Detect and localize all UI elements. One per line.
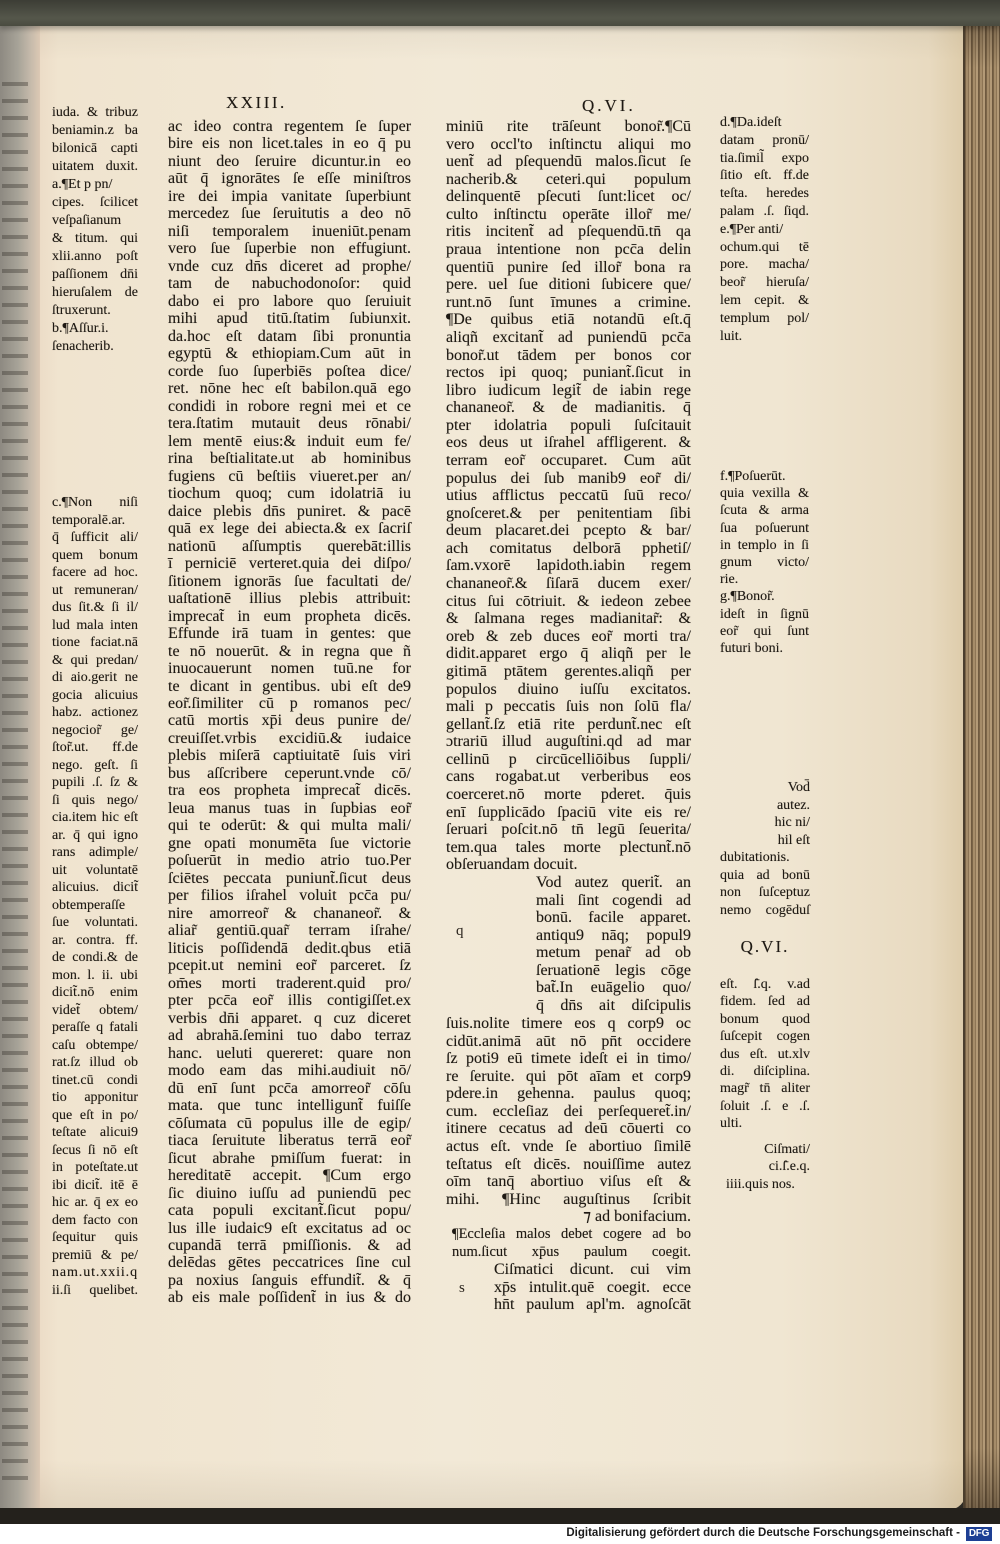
line-text: cidūt.animā aūt nō pn̄t occidere (446, 1033, 691, 1050)
line-text: ſequitur quis (52, 1230, 138, 1245)
text-line: ſue voluntati. (52, 914, 138, 932)
line-text: obſeruandam docuit. (446, 856, 578, 873)
line-text: ut remuneran/ (52, 583, 138, 598)
text-line: itinere cecatus ad deū cōuerti co (446, 1120, 691, 1138)
text-line: tam de nabuchodonoſor: quid (168, 275, 411, 292)
text-line: mata. que tunc intelligunt̃ fuiſſe (168, 1097, 411, 1114)
text-line: premiū & pe/ (52, 1247, 138, 1265)
text-line: xp̄s intulit.quē coegit. ecce (494, 1279, 691, 1297)
text-line: gne opati monumēta ſue victorie (168, 835, 411, 852)
line-text: corde ſuo ſuperbiēs poſtea dice/ (168, 363, 411, 380)
line-text: nacherib.& ceteri.qui populum (446, 171, 691, 188)
text-line: rina beſtialitate.ut ab hominibus (168, 450, 411, 467)
text-line: utius afflictus peccatū ſuū reco/ (446, 487, 691, 505)
line-text: ſoluit .ſ. e .ſ. (720, 1099, 810, 1114)
text-line: creuiſſet.vrbis excidiū.& iudaice (168, 730, 411, 747)
text-line: te dicant in gentibus. ubi eſt de9 (168, 678, 411, 695)
line-text: que eſt in po/ (52, 1108, 138, 1123)
text-line: poſuerūt in medio atrio tuo.Per (168, 852, 411, 869)
text-line: nire amorreor̃ & chananeor̃. & (168, 905, 411, 922)
left-margin-gloss-a-b: iuda. & tribuzbeniamin.z babilonicā capt… (52, 104, 138, 356)
text-line: nam.ut.xxii.q (52, 1264, 138, 1282)
quod-paragraph-indented: Vod autez querit̃. anmali ſint cogendi a… (536, 874, 691, 1015)
line-text: lud mala inten (52, 618, 138, 633)
text-line: delinquentē pſecuti ſunt:licet oc/ (446, 188, 691, 206)
line-text: habz. actionez (52, 705, 138, 720)
line-text: gnum victo/ (720, 555, 809, 570)
text-line: pere. uel ſue ditioni ſubicere que/ (446, 276, 691, 294)
line-text: pere. uel ſue ditioni ſubicere que/ (446, 276, 691, 293)
line-text: a.¶Et p pn/ (52, 177, 112, 192)
line-text: rans adimple/ (52, 845, 138, 860)
line-text: niunt deo ſeruire dicuntur.in eo (168, 153, 411, 170)
line-text: g.¶Bonor̃. (720, 589, 775, 604)
text-line: cum. eccleſiaz dei perſequeret̃.in/ (446, 1103, 691, 1121)
line-text: vnde cuz dn̄s diceret ad prophe/ (168, 258, 411, 275)
line-text: videt̃ obtem/ (52, 1003, 138, 1018)
text-line: caſu obtempe/ (52, 1037, 138, 1055)
right-margin-cismatici-indented: Ciſmati/ci.ſ̄.e.q. (720, 1141, 810, 1176)
line-text: ritis incitent̃ ad pſequendū.tn̄ qa (446, 223, 691, 240)
text-line: gnum victo/ (720, 554, 809, 571)
line-text: ſenacherib. (52, 339, 114, 354)
text-line: ſam.vxorē lapidoth.iabin regem (446, 557, 691, 575)
line-text: aūt q̄ ignorātes ſe eſſe miniſtros (168, 170, 411, 187)
text-line: luit. (720, 328, 809, 346)
line-text: actus eſt. vnde ſe abortiuo ſimilē (446, 1138, 691, 1155)
text-line: tera.ſtatim mutauit deus rōnabi/ (168, 415, 411, 432)
text-line: ritis incitent̃ ad pſequendū.tn̄ qa (446, 223, 691, 241)
text-line: ret. nōne hec eſt babilon.quā ego (168, 380, 411, 397)
line-text: ideſt in ſignū (720, 607, 809, 622)
text-line: mihi apud titū.ſtatim ſubiunxit. (168, 310, 411, 327)
line-text: pdere.in gehenna. paulus quoq; (446, 1085, 691, 1102)
text-line: & ſalmana reges madianitar̃: & (446, 610, 691, 628)
text-line: ſequitur quis (52, 1229, 138, 1247)
text-line: dus eſt. ut.xlv (720, 1046, 810, 1063)
line-text: tio apponitur (52, 1090, 138, 1105)
running-head-quaestio: Q.VI. (582, 96, 636, 116)
line-text: Vod autez querit̃. an (536, 874, 691, 891)
line-text: veſpaſianum (52, 213, 121, 228)
line-text: tra eos propheta imprecat̃ dicēs. (168, 782, 411, 799)
line-text: eos deus ut iſrahel affligerent. & (446, 434, 691, 451)
line-text: tam de nabuchodonoſor: quid (168, 275, 411, 292)
line-text: mon. l. ii. ubi (52, 968, 138, 983)
text-line: miniū rite trāſeunt bonor̃.¶Cū (446, 118, 691, 136)
line-text: autez. (777, 798, 810, 813)
text-line: libro iudicum legit̃ de iabin rege (446, 382, 691, 400)
line-text: populus dei ſub manib9 eor̃ di/ (446, 470, 691, 487)
line-text: di aio.gerit ne (52, 670, 138, 685)
text-line: tem.qua tales morte plectunt̃.nō (446, 839, 691, 857)
text-line: hn̄t paulum apl'm. agnoſcāt (494, 1296, 691, 1314)
line-text: cupandā terrā pmiſſionis. & ad (168, 1237, 411, 1254)
text-line: plebis miſerā captiuitatē ſuis viri (168, 747, 411, 764)
line-text: vero ſue ſuperbie non effugiunt. (168, 240, 411, 257)
line-text: delēdas gētes peccatrices ſine cul (168, 1254, 411, 1271)
line-text: non ſuſceptuz (720, 885, 810, 900)
text-line: ſtruxerunt. (52, 302, 138, 320)
line-text: mata. que tunc intelligunt̃ fuiſſe (168, 1097, 411, 1114)
text-line: ſtor̃.ut. ff.de (52, 739, 138, 757)
line-text: bonum quod (720, 1012, 810, 1027)
text-line: dubitationis. (720, 849, 810, 867)
text-line: lus ille iudaic9 eſt excitatus ad oc (168, 1220, 411, 1237)
text-line: rectos ipi quoq; puniant̃.ſicut in (446, 364, 691, 382)
text-line: vero occl'to inſtinctu aliqui mo (446, 136, 691, 154)
line-text: cipes. ſcilicet (52, 195, 138, 210)
line-text: rectos ipi quoq; puniant̃.ſicut in (446, 364, 691, 381)
text-line: bire eis non licet.tales in eo q̄ pu (168, 135, 411, 152)
line-text: chananeor̃.& ſiſarā ducem exer/ (446, 575, 691, 592)
line-text: ¶Eccleſia malos debet cogere ad bo (452, 1226, 691, 1242)
line-text: temporalē.ar. (52, 513, 125, 528)
line-text: teſtatus eſt dicēs. nouiſſime autez (446, 1156, 691, 1173)
text-line: veſpaſianum (52, 212, 138, 230)
line-text: beniamin.z ba (52, 123, 138, 138)
text-line: ſeruationē legis cōge (536, 962, 691, 980)
text-line: populus dei ſub manib9 eor̃ di/ (446, 470, 691, 488)
text-line: ſua poſuerunt (720, 520, 809, 537)
line-text: dū enī ſunt pcc̄a amorreor̃ cōſu (168, 1080, 411, 1097)
text-line: metum penar̃ ad ob (536, 944, 691, 962)
line-text: catū mortis xp̄i deus punire de/ (168, 712, 411, 729)
line-text: d.¶Da.ideſt (720, 115, 782, 130)
line-text: quia vexilla & (720, 486, 809, 501)
line-text: c.¶Non niſi (52, 495, 138, 510)
line-text: condidi in robore regni mei et ce (168, 398, 411, 415)
line-text: mihi apud titū.ſtatim ſubiunxit. (168, 310, 411, 327)
line-text: bat̃.In euāgelio quo/ (536, 979, 691, 996)
text-line: Ciſmati/ (720, 1141, 810, 1158)
line-text: cōſumata cū populus ille de egip/ (168, 1115, 411, 1132)
text-line: om̄es morti traderent.quid pro/ (168, 975, 411, 992)
text-line: lem cepit. & (720, 292, 809, 310)
line-text: ſtor̃.ut. ff.de (52, 740, 138, 755)
text-line: leua manus tuas in ſupbias eor̃ (168, 800, 411, 817)
line-text: pcepit.ut nemini eor̃ parceret. ſz (168, 957, 411, 974)
text-line: f.¶Poſuerūt. (720, 468, 809, 485)
text-line: egyptū & ethiopiam.Cum aūt in (168, 345, 411, 362)
text-line: eſt. ſ̄.q. v.ad (720, 976, 810, 993)
line-text: re ſeruite. qui pōt aīam et corp9 (446, 1068, 691, 1085)
text-line: ſz poti9 eū timete ideſt ei in timo/ (446, 1050, 691, 1068)
text-line: enī ſupplicādo ſpaciū vite eis re/ (446, 804, 691, 822)
text-line: ii.ſi quelibet. (52, 1282, 138, 1300)
line-text: cans rogabat.ut verberibus eos (446, 768, 691, 785)
line-text: terram eor̃ occuparet. Cum aūt (446, 452, 691, 469)
text-line: populos diuino iuſſu excitatos. (446, 681, 691, 699)
line-text: poſuerūt in medio atrio tuo.Per (168, 852, 411, 869)
line-text: te dicant in gentibus. ubi eſt de9 (168, 678, 411, 695)
line-text: didit.apparet ergo q̄ aliqñ per le (446, 645, 691, 662)
line-text: Ciſmati/ (764, 1142, 810, 1157)
text-line: dū enī ſunt pcc̄a amorreor̃ cōſu (168, 1080, 411, 1097)
text-line: iiii.quis nos. (726, 1176, 810, 1193)
line-text: magr̃ tn̄ aliter (720, 1081, 810, 1096)
line-text: bonor̃.ut tādem per bonos cor (446, 347, 691, 364)
text-line: uent̃ ad pſequendū malos.ſicut ſe (446, 153, 691, 171)
text-line: mali ſint cogendi ad (536, 892, 691, 910)
line-text: pa noxius ſanguis effundit̃. & q̄ (168, 1272, 411, 1289)
line-text: tinet.cū condi (52, 1073, 138, 1088)
line-text: quem bonum (52, 548, 138, 563)
line-text: uent̃ ad pſequendū malos.ſicut ſe (446, 153, 691, 170)
line-text: di. diſciplina. (720, 1064, 810, 1079)
text-line: c.¶Non niſi (52, 494, 138, 512)
chapter-summary: ¶Eccleſia malos debet cogere ad bonum.ſi… (452, 1226, 691, 1261)
line-text: hic ar. q̄ ex eo (52, 1195, 138, 1210)
book-fore-edge (963, 8, 1000, 1520)
line-text: oīm tanq̄ abortiuo viſus eſt & (446, 1173, 691, 1190)
text-line: dabo ei pro labore quo ſeruiuit (168, 293, 411, 310)
line-text: nationū aſſumptis querebāt:illis (168, 538, 411, 555)
text-line: da.hoc eſt datam ſibi pronuntia (168, 328, 411, 345)
text-line: mali p peccatis ſuis non ſolū fla/ (446, 698, 691, 716)
text-line: quem bonum (52, 547, 138, 565)
line-text: quia ad bonū (720, 868, 810, 883)
text-line: eor̃.ſimiliter cū p romanos pec/ (168, 695, 411, 712)
line-text: cum. eccleſiaz dei perſequeret̃.in/ (446, 1103, 691, 1120)
line-text: dem facto con (52, 1213, 138, 1228)
line-text: dabo ei pro labore quo ſeruiuit (168, 293, 411, 310)
text-line: dus ſit.& ſi il/ (52, 599, 138, 617)
text-line: delēdas gētes peccatrices ſine cul (168, 1254, 411, 1271)
text-line: Vod autez querit̃. an (536, 874, 691, 892)
text-line: ſeruari poſcit.nō tn̄ legū ſeuerita/ (446, 821, 691, 839)
text-line: bilonicā capti (52, 140, 138, 158)
line-text: templum pol/ (720, 311, 809, 326)
text-line: vnde cuz dn̄s diceret ad prophe/ (168, 258, 411, 275)
text-line: ſenacherib. (52, 338, 138, 356)
text-line: didit.apparet ergo q̄ aliqñ per le (446, 645, 691, 663)
line-text: tiaca ſeruitute liberatus terrā eor̃ (168, 1132, 411, 1149)
text-line: bonor̃.ut tādem per bonos cor (446, 347, 691, 365)
text-line: quia vexilla & (720, 485, 809, 502)
scanned-book-spread: XXIII. Q.VI. iuda. & tribuzbeniamin.z ba… (0, 0, 1000, 1524)
line-text: citus ſui cōtriuit. & iedeon zebee (446, 593, 691, 610)
line-text: ad abrahā.ſemini tuo dabo terraz (168, 1027, 411, 1044)
text-line: ideſt in ſignū (720, 606, 809, 623)
text-line: in templo in ſi (720, 537, 809, 554)
text-line: autez. (720, 797, 810, 815)
column-2-continuation: ſuis.nolite timere eos q corp9 occidūt.a… (446, 1015, 691, 1208)
text-line: pdere.in gehenna. paulus quoq; (446, 1085, 691, 1103)
line-text: lus ille iudaic9 eſt excitatus ad oc (168, 1220, 411, 1237)
line-text: ſeruationē legis cōge (536, 962, 691, 979)
line-text: xlii.anno poſt (52, 249, 138, 264)
text-line: ibi dicit̃. itē ē (52, 1177, 138, 1195)
line-text: ſitio eſt. ff.de (720, 168, 809, 183)
text-line: d.¶Da.ideſt (720, 114, 809, 132)
text-line: ar. contra. ff. (52, 932, 138, 950)
line-text: uaſtationē illius plebis attribuit: (168, 590, 411, 607)
text-line: praua intentione non pcc̄a delin (446, 241, 691, 259)
text-line: ſciētes peccata puniunt̃.ſicut deus (168, 870, 411, 887)
adjacent-page-edge (0, 22, 40, 1512)
text-line: que eſt in po/ (52, 1107, 138, 1125)
line-text: alicuius. dicit̃ (52, 880, 138, 895)
text-line: cia.item hic eſt (52, 809, 138, 827)
schismatici-paragraph-indented: Ciſmatici dicunt. cui vimxp̄s intulit.qu… (494, 1261, 691, 1314)
line-text: om̄es morti traderent.quid pro/ (168, 975, 411, 992)
line-text: tera.ſtatim mutauit deus rōnabi/ (168, 415, 411, 432)
initial-guide-letter-q: q (456, 923, 464, 940)
text-line: ſicut abrahe pmiſſum fuerat: in (168, 1150, 411, 1167)
text-line: nego. geſt. ſi (52, 757, 138, 775)
text-line: condidi in robore regni mei et ce (168, 398, 411, 415)
text-line: uitatem duxit. (52, 158, 138, 176)
line-text: luit. (720, 329, 742, 344)
line-text: hereditatē accepit. ¶Cum ergo (168, 1167, 411, 1184)
line-text: aliar̃ gentiū.quar̃ terram iſrahe/ (168, 922, 411, 939)
line-text: rat.ſz illud ob (52, 1055, 138, 1070)
text-line: datam pronū/ (720, 132, 809, 150)
scan-top-border (0, 0, 1000, 26)
line-text: cia.item hic eſt (52, 810, 138, 825)
line-text: f.¶Poſuerūt. (720, 469, 785, 484)
text-line: te nō nouerūt. & in regna que ñ (168, 643, 411, 660)
text-line: ulti. (720, 1115, 810, 1132)
line-text: miniū rite trāſeunt bonor̃.¶Cū (446, 118, 691, 135)
text-line: hil eſt (720, 832, 810, 850)
line-text: Ciſmatici dicunt. cui vim (494, 1261, 691, 1278)
text-line: tione faciat.nā (52, 634, 138, 652)
line-text: dicit̃.nō enim (52, 985, 138, 1000)
text-line: teſta. heredes (720, 185, 809, 203)
text-line: tiochum quoq; cum idolatriā iu (168, 485, 411, 502)
text-line: palam .ſ. ſiqd. (720, 203, 809, 221)
line-text: pore. macha/ (720, 257, 809, 272)
text-line: inuocauerunt nomen tuū.ne for (168, 660, 411, 677)
line-text: ci.ſ̄.e.q. (769, 1159, 810, 1174)
line-text: hieruſalem de (52, 285, 138, 300)
text-line: liticis poſſidendā dedit.qbus etiā (168, 940, 411, 957)
text-line: cellinū p circūcelliōibus ſuppli/ (446, 751, 691, 769)
text-line: quia ad bonū (720, 867, 810, 885)
line-text: daice plebis dn̄s puniret. & pacē (168, 503, 411, 520)
line-text: leua manus tuas in ſupbias eor̃ (168, 800, 411, 817)
text-line: ſitionem ignorās ſue facultati de/ (168, 573, 411, 590)
text-line: num.ſicut xp̄us paulum coegit. (452, 1244, 691, 1262)
text-line: hic ni/ (720, 814, 810, 832)
text-line: non ſuſceptuz (720, 884, 810, 902)
text-line: futuri boni. (720, 640, 809, 657)
text-line: tio apponitur (52, 1089, 138, 1107)
text-line: corde ſuo ſuperbiēs poſtea dice/ (168, 363, 411, 380)
right-margin-gloss-f-g: f.¶Poſuerūt.quia vexilla &ſcuta & armaſu… (720, 468, 809, 657)
text-line: imprecat̃ in eum propheta dicēs. (168, 608, 411, 625)
text-line: per filios iſrahel voluit pcc̄a pu/ (168, 887, 411, 904)
line-text: gocia alicuius (52, 688, 138, 703)
text-line: tiaca ſeruitute liberatus terrā eor̃ (168, 1132, 411, 1149)
text-line: magr̃ tn̄ aliter (720, 1080, 810, 1097)
line-text: per filios iſrahel voluit pcc̄a pu/ (168, 887, 411, 904)
line-text: vero occl'to inſtinctu aliqui mo (446, 136, 691, 153)
text-line: uit voluntatē (52, 862, 138, 880)
text-line: hieruſalem de (52, 284, 138, 302)
line-text: pupili .ſ. ſz & (52, 775, 138, 790)
right-margin-quod-note-indented: Vod̄autez.hic ni/hil eſt (720, 779, 810, 849)
text-line: oreb & zeb duces eor̃ morti tra/ (446, 628, 691, 646)
right-margin-heading: Q.VI. (720, 937, 810, 957)
line-text: ab eis male poſſident̃ in ius & do (168, 1289, 411, 1306)
line-text: ſz poti9 eū timete ideſt ei in timo/ (446, 1050, 691, 1067)
text-line: ut remuneran/ (52, 582, 138, 600)
text-line: teſtatus eſt dicēs. nouiſſime autez (446, 1156, 691, 1174)
line-text: ſuis.nolite timere eos q corp9 oc (446, 1015, 691, 1032)
line-text: negocior̃ ge/ (52, 723, 138, 738)
line-text: itinere cecatus ad deū cōuerti co (446, 1120, 691, 1137)
line-text: eor̃ qui ſunt (720, 624, 809, 639)
digitization-footer: Digitalisierung gefördert durch die Deut… (0, 1524, 1000, 1544)
line-text: lem cepit. & (720, 293, 809, 308)
line-text: ɔtrariū illud auguſtini.qd ad mar (446, 733, 691, 750)
line-text: paſſionem dn̄i (52, 267, 138, 282)
line-text: num.ſicut xp̄us paulum coegit. (452, 1244, 691, 1260)
text-line: tra eos propheta imprecat̃ dicēs. (168, 782, 411, 799)
line-text: datam pronū/ (720, 133, 809, 148)
main-text-column-1: ac ideo contra regentem ſe ſuperbire eis… (168, 118, 411, 1307)
text-line: re ſeruite. qui pōt aīam et corp9 (446, 1068, 691, 1086)
line-text: rina beſtialitate.ut ab hominibus (168, 450, 411, 467)
text-line: nationū aſſumptis querebāt:illis (168, 538, 411, 555)
line-text: & titum. qui (52, 231, 138, 246)
text-line: niſi temporalem inueniūt.penam (168, 223, 411, 240)
text-line: ab eis male poſſident̃ in ius & do (168, 1289, 411, 1306)
line-text: enī ſupplicādo ſpaciū vite eis re/ (446, 804, 691, 821)
running-head-folio: XXIII. (226, 93, 287, 113)
line-text: imprecat̃ in eum propheta dicēs. (168, 608, 411, 625)
line-text: b.¶Aſſur.i. (52, 321, 109, 336)
line-text: plebis miſerā captiuitatē ſuis viri (168, 747, 411, 764)
line-text: praua intentione non pcc̄a delin (446, 241, 691, 258)
text-line: ¶De quibus etiā notandū eſt.q̄ (446, 311, 691, 329)
line-text: lem mentē eius:& induit eum fe/ (168, 433, 411, 450)
line-text: ibi dicit̃. itē ē (52, 1178, 138, 1193)
text-line: facere ad hoc. (52, 564, 138, 582)
line-text: gnoſceret.& per penitentiam ſibi (446, 505, 691, 522)
initial-guide-letter-s: s (459, 1280, 465, 1297)
line-text: tione faciat.nā (52, 635, 138, 650)
text-line: chananeor̃.& ſiſarā ducem exer/ (446, 575, 691, 593)
line-text: ſciētes peccata puniunt̃.ſicut deus (168, 870, 411, 887)
text-line: dicit̃.nō enim (52, 984, 138, 1002)
text-line: mihi. ¶Hinc auguſtinus ſcribit (446, 1191, 691, 1209)
text-line: q̄ ſufficit ali/ (52, 529, 138, 547)
text-line: ſoluit .ſ. e .ſ. (720, 1098, 810, 1115)
text-line: videt̃ obtem/ (52, 1002, 138, 1020)
line-text: oreb & zeb duces eor̃ morti tra/ (446, 628, 691, 645)
line-text: quā ex lege dei abiecta.& ex ſacriſ (168, 520, 411, 537)
text-line: negocior̃ ge/ (52, 722, 138, 740)
text-line: daice plebis dn̄s puniret. & pacē (168, 503, 411, 520)
text-line: ſi quis nego/ (52, 792, 138, 810)
text-line: cipes. ſcilicet (52, 194, 138, 212)
right-margin-cismatici: iiii.quis nos. (726, 1176, 810, 1193)
text-line: uaſtationē illius plebis attribuit: (168, 590, 411, 607)
text-line: mercedez ſue ſeruitutis a deo nō (168, 205, 411, 222)
line-text: coerceret.nō morte pderet. q̄uis (446, 786, 691, 803)
text-line: rie. (720, 571, 809, 588)
line-text: nire amorreor̃ & chananeor̃. & (168, 905, 411, 922)
line-text: teſtate alicui9 (52, 1125, 138, 1140)
text-line: iuda. & tribuz (52, 104, 138, 122)
line-text: metum penar̃ ad ob (536, 944, 691, 961)
line-text: pter idolatria populi ſuſcitauit (446, 417, 691, 434)
line-text: ſic diuino iuſſu ad puniendū pec (168, 1185, 411, 1202)
